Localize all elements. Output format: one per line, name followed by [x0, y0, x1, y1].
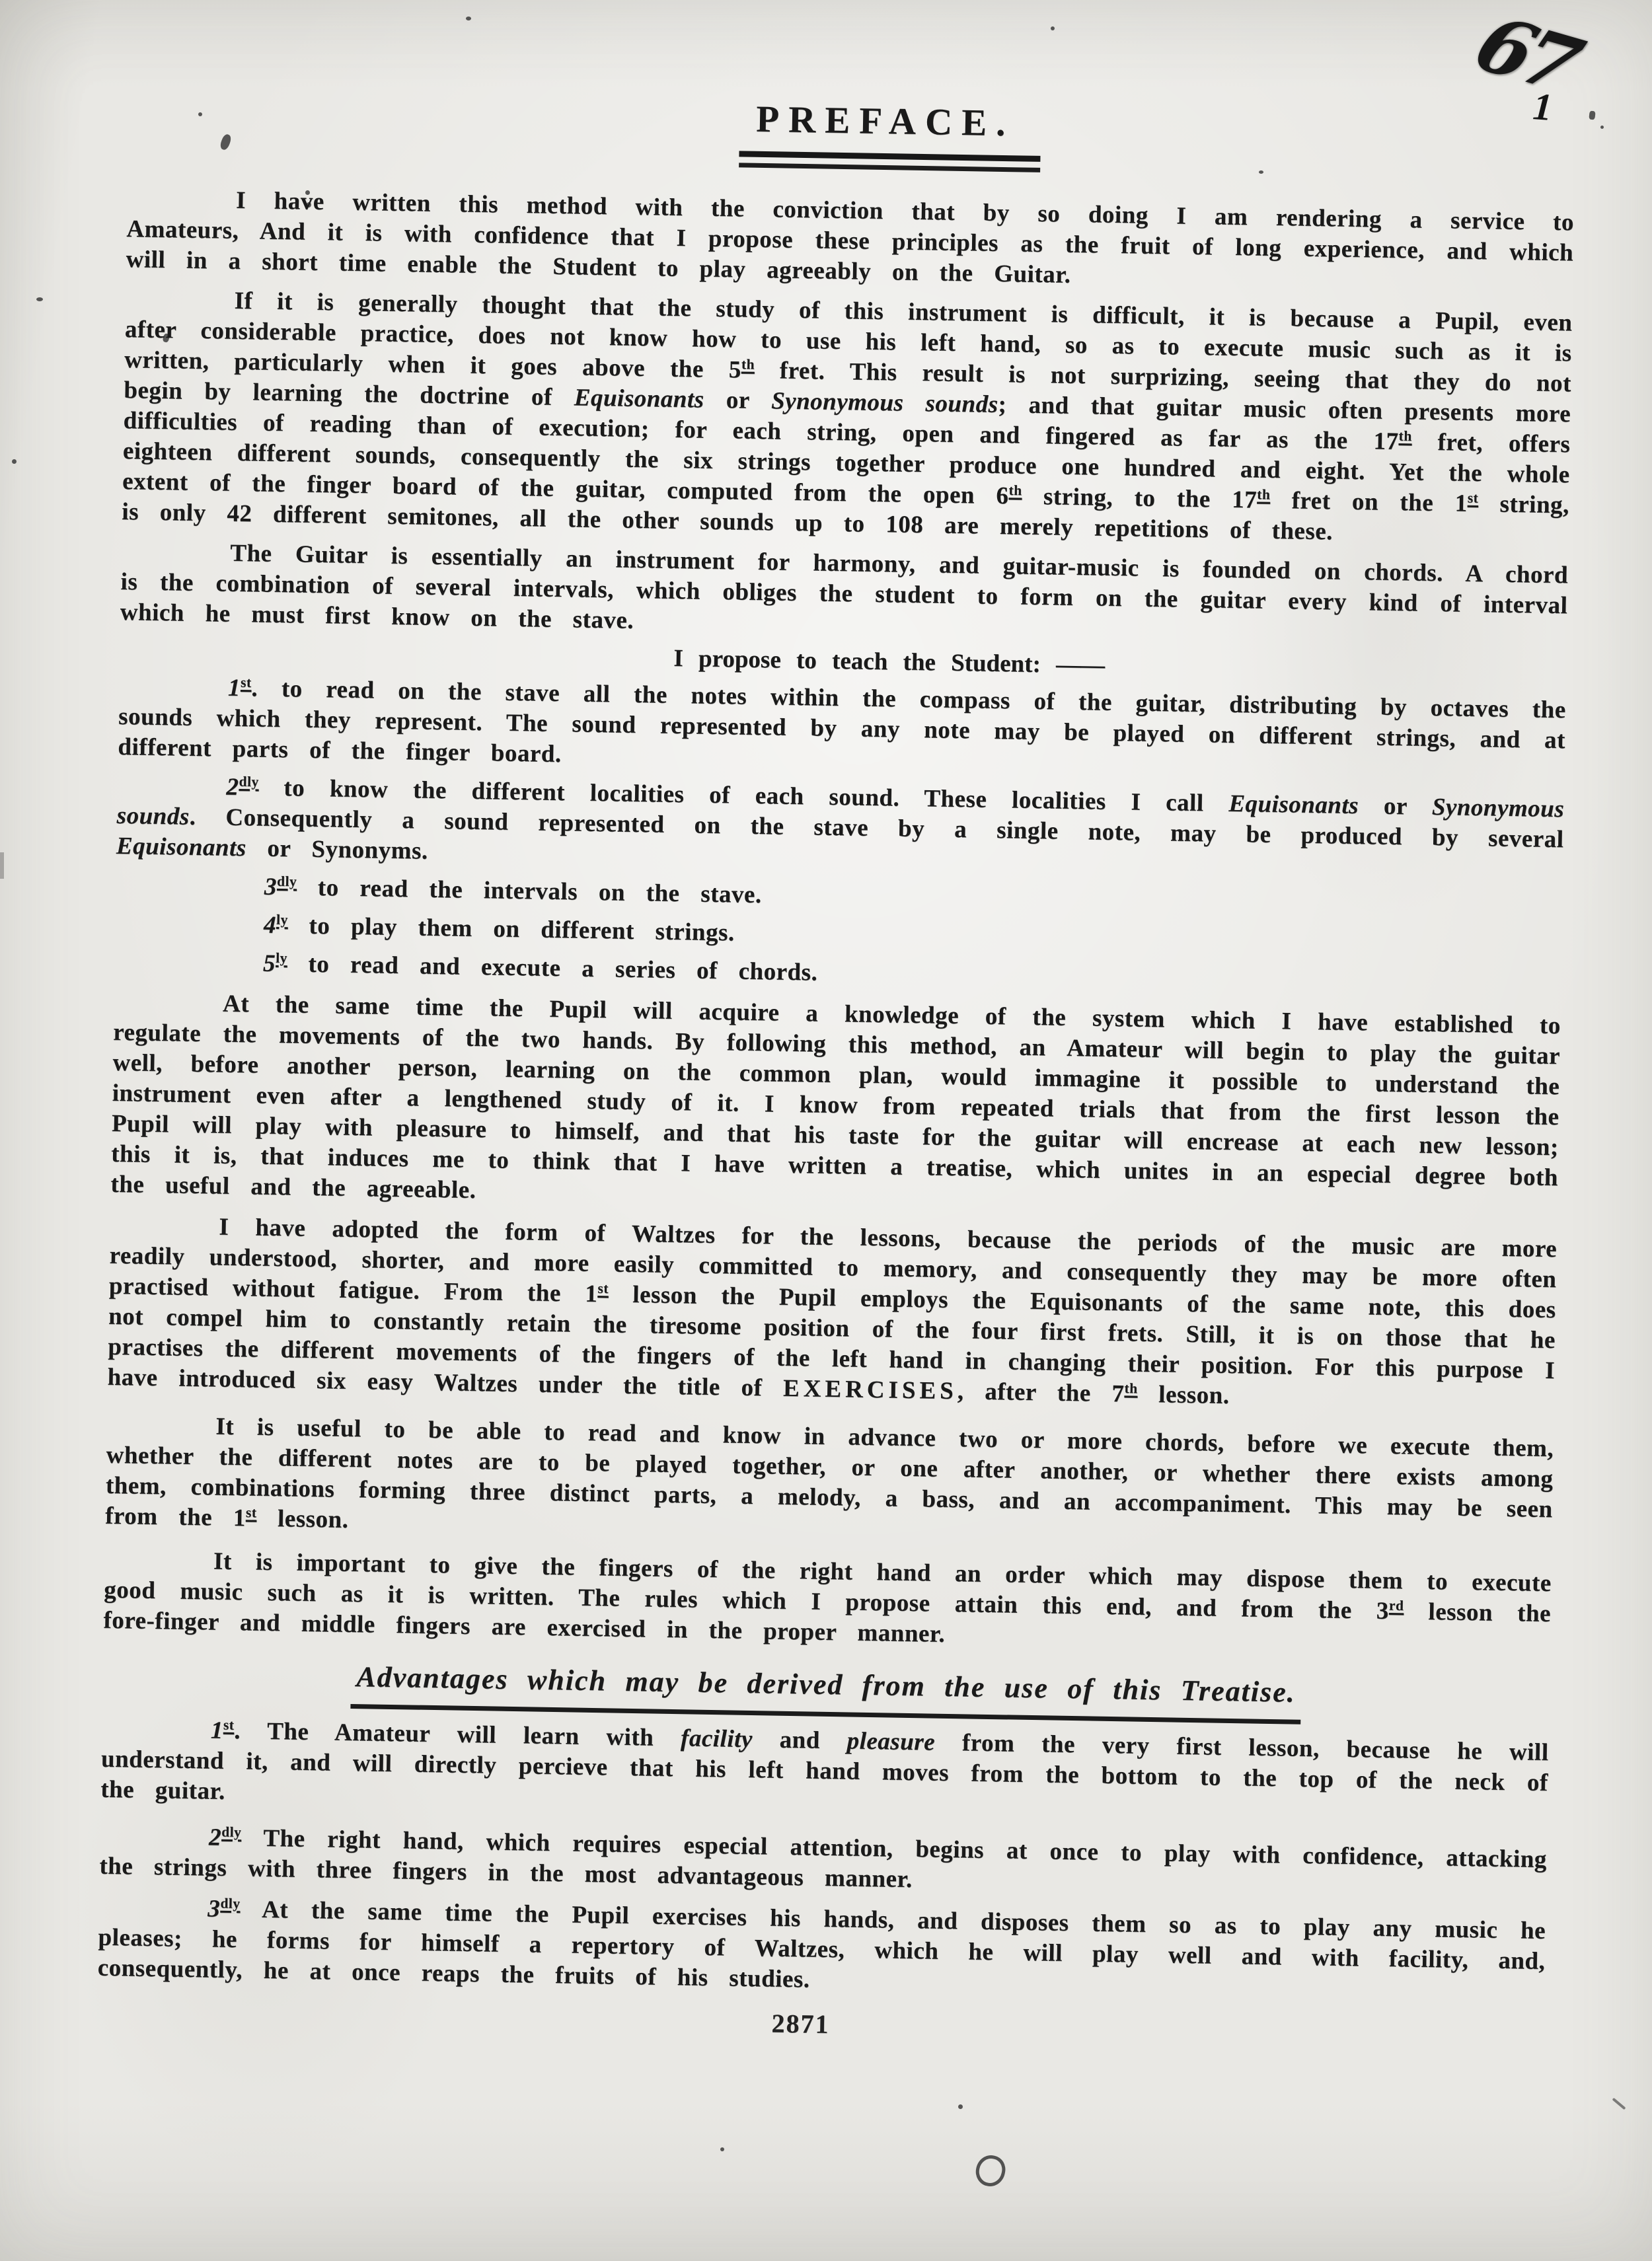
- handwritten-folio-number: 67: [1462, 0, 1589, 108]
- paragraph-system: At the same time the Pupil will acquire …: [110, 987, 1561, 1224]
- paragraph-difficulty: If it is generally thought that the stud…: [122, 284, 1573, 551]
- list-item-2dly: 2dly to know the different localities of…: [116, 770, 1565, 885]
- advantage-3dly: 3dly At the same time the Pupil exercise…: [97, 1892, 1546, 2007]
- advantage-1st: 1st. The Amateur will learn with facilit…: [100, 1714, 1549, 1829]
- page-content: PREFACE. I have written this method with…: [96, 87, 1575, 2052]
- scan-speck: [1051, 26, 1055, 30]
- paragraph-right-hand: It is important to give the fingers of t…: [103, 1545, 1552, 1660]
- advantage-2dly: 2dly The right hand, which requires espe…: [99, 1821, 1547, 1906]
- scan-speck: [720, 2147, 724, 2151]
- scan-speck: [12, 459, 17, 464]
- document-page: 67 1 PREFACE. I have written this method…: [0, 0, 1652, 2261]
- page-title: PREFACE.: [756, 98, 1576, 155]
- scan-speck: [466, 17, 471, 20]
- paragraph-waltzes: I have adopted the form of Waltzes for t…: [107, 1210, 1557, 1417]
- scan-speck: [1589, 111, 1595, 120]
- ink-ring-mark: [973, 2153, 1008, 2189]
- advantages-heading-text: Advantages which may be derived from the…: [351, 1660, 1302, 1724]
- scan-speck: [36, 297, 43, 301]
- paragraph-chords-reading: It is useful to be able to read and know…: [105, 1410, 1554, 1555]
- paragraph-intro: I have written this method with the conv…: [126, 184, 1574, 299]
- paragraph-harmony: The Guitar is essentially an instrument …: [120, 537, 1568, 651]
- scan-speck: [0, 852, 4, 879]
- scan-speck: [958, 2104, 963, 2109]
- title-underline: [739, 151, 1040, 172]
- scan-speck: [1600, 126, 1604, 129]
- scan-scratch: [1612, 2098, 1626, 2110]
- list-item-1st: 1st. to read on the stave all the notes …: [118, 671, 1566, 786]
- plate-number: 2871: [96, 1997, 1544, 2052]
